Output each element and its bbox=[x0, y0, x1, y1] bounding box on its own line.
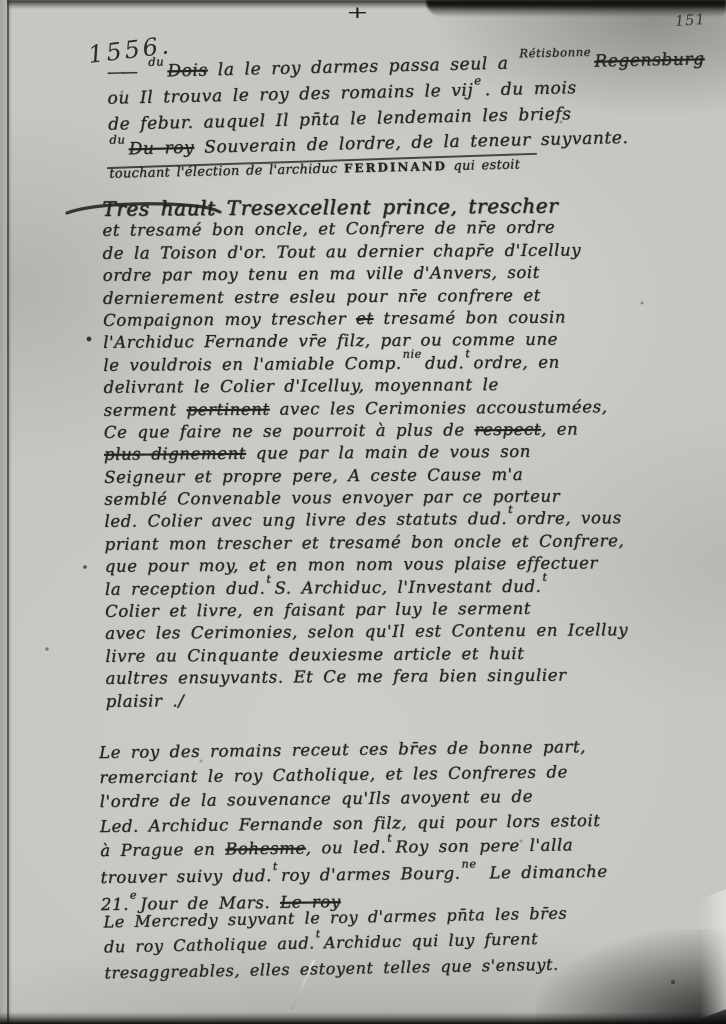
handwritten-text: S. Archiduc, l'Investant dud. bbox=[274, 576, 541, 597]
handwritten-text: ordre par moy tenu en ma ville d'Anvers,… bbox=[103, 263, 540, 285]
letter-body: Tres hault Tresexcellent prince, tresche… bbox=[102, 194, 628, 713]
inserted-text: Rétisbonne bbox=[519, 40, 591, 67]
handwritten-text: , ou led. bbox=[306, 838, 387, 858]
handwritten-text: semblé Convenable vous envoyer par ce po… bbox=[104, 487, 560, 509]
capitals-text: FERDINAND bbox=[344, 159, 447, 175]
manuscript-page: + 151 1556. —— duDois la le roy darmes p… bbox=[0, 0, 726, 1024]
handwritten-text: Led. Archiduc Fernande son filz, qui pou… bbox=[100, 811, 601, 836]
handwritten-text: led. Colier avec ung livre des statuts d… bbox=[104, 509, 507, 531]
inserted-text: e bbox=[474, 68, 482, 93]
handwritten-text: plaisir ./ bbox=[106, 691, 185, 711]
inserted-text: e bbox=[130, 883, 138, 908]
handwritten-text: ordre, en bbox=[473, 352, 559, 372]
struck-text: Dois bbox=[167, 61, 208, 82]
handwritten-text: le vouldrois en l'amiable Comp. bbox=[103, 353, 401, 374]
inserted-text: t bbox=[315, 922, 320, 947]
closing-note: Le Mercredy suyvant le roy d'armes pn̄ta… bbox=[103, 902, 568, 986]
struck-text: pertinent bbox=[186, 399, 269, 419]
handwritten-text: l'Archiduc Fernande vr̄e filz, par ou co… bbox=[103, 330, 558, 352]
handwritten-text: que pour moy, et en mon nom vous plaise … bbox=[105, 554, 598, 576]
handwritten-text: avec les Cerimonies, selon qu'Il est Con… bbox=[105, 621, 628, 644]
inserted-text: nie bbox=[403, 343, 422, 366]
handwritten-text: priant mon trescher et tresamé bon oncle… bbox=[105, 531, 625, 554]
handwritten-text: trouver suivy dud. bbox=[100, 866, 272, 887]
handwritten-text: , en bbox=[541, 419, 578, 438]
struck-text: Bohesme bbox=[225, 839, 306, 859]
handwritten-text: dud. bbox=[425, 353, 465, 372]
handwritten-text: remerciant le roy Catholique, et les Con… bbox=[99, 762, 568, 787]
handwritten-text: —— bbox=[107, 62, 142, 83]
handwritten-text: Archiduc qui luy furent bbox=[324, 929, 539, 952]
inserted-text: du bbox=[148, 49, 165, 74]
struck-text: et bbox=[356, 309, 374, 328]
handwritten-text: du roy Catholique aud. bbox=[104, 933, 315, 956]
handwritten-text: delivrant le Colier d'Icelluy, moyennant… bbox=[103, 375, 498, 397]
handwritten-text: de la Toison d'or. Tout au dernier chapr… bbox=[103, 240, 582, 262]
handwritten-text: Compaignon moy trescher bbox=[103, 309, 356, 330]
struck-text: respect bbox=[474, 420, 541, 439]
inserted-text: t bbox=[387, 827, 392, 852]
struck-text: Regensburg bbox=[594, 49, 705, 71]
handwritten-text: aultres ensuyvants. Et Ce me fera bien s… bbox=[105, 666, 566, 688]
text-line: plaisir ./ bbox=[106, 687, 629, 713]
manuscript-text: —— duDois la le roy darmes passa seul a … bbox=[0, 0, 726, 1024]
handwritten-text: à Prague en bbox=[100, 840, 225, 861]
inserted-text: t bbox=[465, 343, 470, 365]
handwritten-text: serment bbox=[104, 400, 187, 420]
handwritten-text: la reception dud. bbox=[105, 578, 266, 598]
handwritten-text: et tresamé bon oncle, et Confrere de nr̄… bbox=[102, 218, 555, 240]
struck-text: plus dignement bbox=[104, 444, 246, 464]
handwritten-text: Ce que faire ne se pourroit à plus de bbox=[104, 420, 475, 442]
handwritten-text: . du mois bbox=[485, 78, 577, 100]
handwritten-text: tresamé bon cousin bbox=[374, 308, 567, 328]
handwritten-text: ou Il trouva le roy des romains le vij bbox=[107, 80, 473, 108]
handwritten-text: l'ordre de la souvenance qu'Ils avoyent … bbox=[100, 787, 534, 811]
handwritten-text: Le roy des romains receut ces br̄es de b… bbox=[99, 737, 586, 762]
handwritten-text: Colier et livre, en faisant par luy le s… bbox=[105, 599, 531, 621]
handwritten-text: Le dimanche bbox=[480, 862, 608, 883]
narrative-note: Le roy des romains receut ces br̄es de b… bbox=[99, 735, 608, 919]
handwritten-text: touchant l'élection de l'archiduc bbox=[109, 161, 344, 181]
handwritten-text: Roy son pere l'alla bbox=[395, 836, 573, 857]
handwritten-text: que par la main de vous son bbox=[246, 442, 531, 463]
handwritten-text: dernierement estre esleu pour nr̄e confr… bbox=[103, 285, 541, 307]
handwritten-text: ordre, vous bbox=[516, 509, 622, 529]
handwritten-text: roy d'armes Bourg. bbox=[281, 864, 461, 885]
inserted-text: t bbox=[273, 855, 278, 880]
handwritten-text: Seigneur et propre pere, A ceste Cause m… bbox=[104, 465, 523, 487]
inserted-text: t bbox=[266, 568, 271, 590]
entry-note: —— duDois la le roy darmes passa seul a … bbox=[107, 47, 708, 185]
struck-text: Du roy bbox=[128, 138, 194, 159]
handwritten-text: qui estoit bbox=[447, 157, 521, 174]
handwritten-text: la le roy darmes passa seul a bbox=[208, 53, 519, 80]
inserted-text: ne bbox=[461, 852, 476, 877]
inserted-text: t bbox=[508, 499, 513, 521]
handwritten-text: livre au Cinquante deuxiesme article et … bbox=[105, 644, 524, 666]
inserted-text: t bbox=[542, 566, 547, 588]
inserted-text: du bbox=[109, 127, 126, 152]
handwritten-text: avec les Cerimonies accoustumées, bbox=[270, 397, 608, 418]
